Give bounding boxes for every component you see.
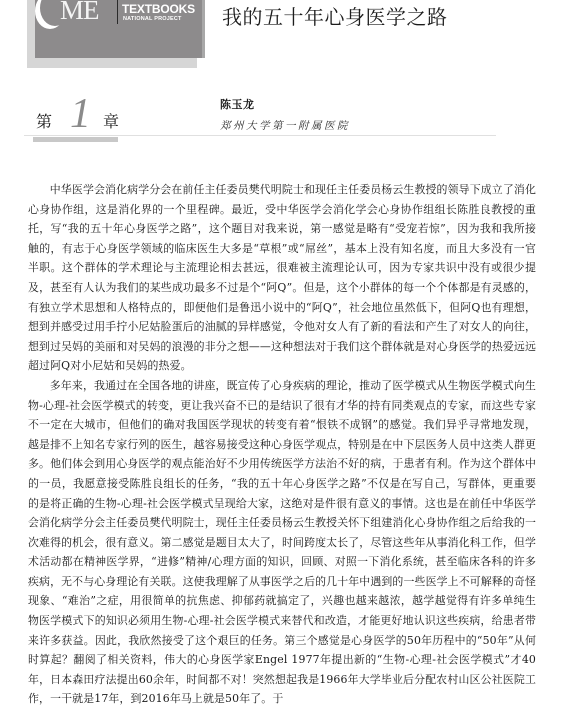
title-accent-bar xyxy=(202,0,205,58)
author-name: 陈玉龙 xyxy=(220,98,255,112)
chapter-suffix: 章 xyxy=(103,112,119,132)
paragraph: 中华医学会消化病学分会在前任主任委员樊代明院士和现任主任委员杨云生教授的领导下成… xyxy=(28,180,536,376)
author-affiliation: 郑州大学第一附属医院 xyxy=(220,119,350,133)
chapter-body: 中华医学会消化病学分会在前任主任委员樊代明院士和现任主任委员杨云生教授的领导下成… xyxy=(28,180,536,709)
chapter-number: 1 xyxy=(70,92,91,136)
chapter-underbar xyxy=(33,137,118,142)
logo-textbooks-label: TEXTBOOKS xyxy=(122,3,195,15)
chapter-divider xyxy=(24,135,496,136)
logo-divider xyxy=(117,0,118,24)
logo-mark: ME xyxy=(60,0,99,24)
book-title: 我的五十年心身医学之路 xyxy=(222,4,448,30)
chapter-prefix: 第 xyxy=(36,112,52,132)
logo-national-project-label: NATIONAL PROJECT xyxy=(123,16,182,22)
paragraph: 多年来，我通过在全国各地的讲座，既宣传了心身疾病的理论，推动了医学模式从生物医学… xyxy=(28,376,536,709)
